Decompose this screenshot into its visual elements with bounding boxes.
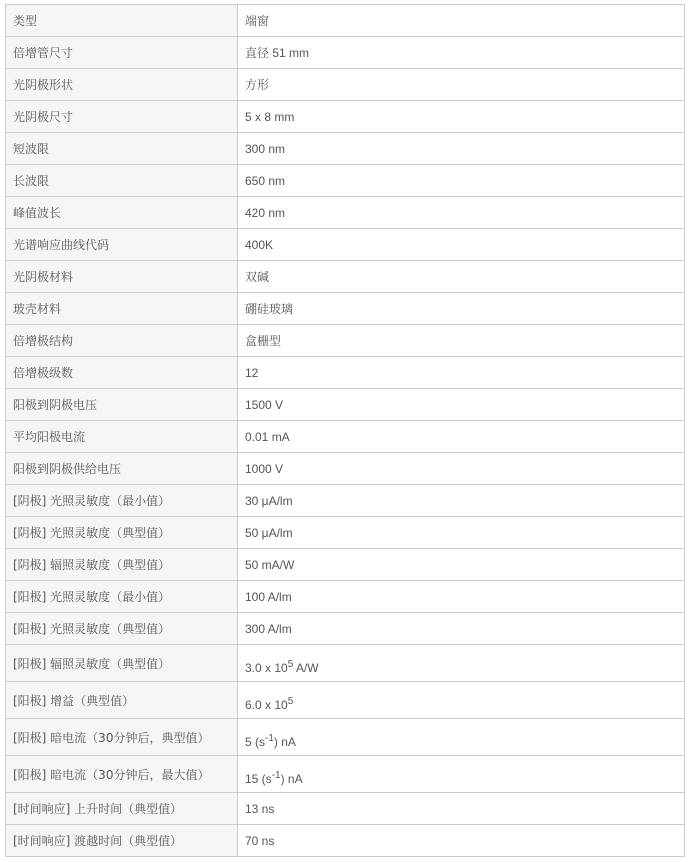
row-value: 3.0 x 105 A/W xyxy=(238,645,685,682)
table-row: [阴极] 光照灵敏度（最小值）30 μA/lm xyxy=(6,485,685,517)
value-exponent: -1 xyxy=(265,733,274,744)
table-row: [阳极] 暗电流（30分钟后，典型值）5 (s-1) nA xyxy=(6,719,685,756)
table-row: [阴极] 辐照灵敏度（典型值）50 mA/W xyxy=(6,549,685,581)
row-label: 倍增极级数 xyxy=(6,357,238,389)
row-value: 5 x 8 mm xyxy=(238,101,685,133)
row-value: 双碱 xyxy=(238,261,685,293)
row-label: 倍增管尺寸 xyxy=(6,37,238,69)
table-row: [阳极] 光照灵敏度（最小值）100 A/lm xyxy=(6,581,685,613)
row-label: [阳极] 暗电流（30分钟后，最大值） xyxy=(6,756,238,793)
value-exponent: 5 xyxy=(288,696,294,707)
row-value: 50 μA/lm xyxy=(238,517,685,549)
table-row: [时间响应] 渡越时间（典型值）70 ns xyxy=(6,825,685,857)
row-value: 300 A/lm xyxy=(238,613,685,645)
row-label: 长波限 xyxy=(6,165,238,197)
row-value: 100 A/lm xyxy=(238,581,685,613)
table-row: 阳极到阴极电压1500 V xyxy=(6,389,685,421)
value-base: 5 (s xyxy=(245,735,265,749)
row-label: 类型 xyxy=(6,5,238,37)
table-row: 阳极到阴极供给电压1000 V xyxy=(6,453,685,485)
row-label: 光阴极尺寸 xyxy=(6,101,238,133)
row-label: 光谱响应曲线代码 xyxy=(6,229,238,261)
table-row: 长波限650 nm xyxy=(6,165,685,197)
value-unit: ) nA xyxy=(281,772,303,786)
value-unit: A/W xyxy=(293,661,318,675)
row-value: 420 nm xyxy=(238,197,685,229)
table-row: 平均阳极电流0.01 mA xyxy=(6,421,685,453)
row-label: [阳极] 辐照灵敏度（典型值） xyxy=(6,645,238,682)
table-row: 玻壳材料硼硅玻璃 xyxy=(6,293,685,325)
row-value: 400K xyxy=(238,229,685,261)
row-label: 玻壳材料 xyxy=(6,293,238,325)
row-label: 倍增极结构 xyxy=(6,325,238,357)
row-value: 300 nm xyxy=(238,133,685,165)
table-row: 倍增管尺寸直径 51 mm xyxy=(6,37,685,69)
table-row: 光阴极形状方形 xyxy=(6,69,685,101)
row-label: [阳极] 光照灵敏度（最小值） xyxy=(6,581,238,613)
row-value: 1000 V xyxy=(238,453,685,485)
row-label: [阴极] 光照灵敏度（最小值） xyxy=(6,485,238,517)
table-row: 峰值波长420 nm xyxy=(6,197,685,229)
row-label: 阳极到阴极电压 xyxy=(6,389,238,421)
row-label: [时间响应] 渡越时间（典型值） xyxy=(6,825,238,857)
row-value: 5 (s-1) nA xyxy=(238,719,685,756)
row-value: 1500 V xyxy=(238,389,685,421)
row-value: 70 ns xyxy=(238,825,685,857)
spec-table: 类型端窗 倍增管尺寸直径 51 mm 光阴极形状方形 光阴极尺寸5 x 8 mm… xyxy=(5,4,685,857)
row-value: 硼硅玻璃 xyxy=(238,293,685,325)
row-label: [阳极] 暗电流（30分钟后，典型值） xyxy=(6,719,238,756)
value-exponent: -1 xyxy=(272,770,281,781)
table-row: 类型端窗 xyxy=(6,5,685,37)
row-value: 盒栅型 xyxy=(238,325,685,357)
row-value: 端窗 xyxy=(238,5,685,37)
table-row: 倍增极结构盒栅型 xyxy=(6,325,685,357)
table-row: [阴极] 光照灵敏度（典型值）50 μA/lm xyxy=(6,517,685,549)
row-label: 光阴极形状 xyxy=(6,69,238,101)
row-label: [时间响应] 上升时间（典型值） xyxy=(6,793,238,825)
value-base: 6.0 x 10 xyxy=(245,698,288,712)
row-label: 阳极到阴极供给电压 xyxy=(6,453,238,485)
row-label: 光阴极材料 xyxy=(6,261,238,293)
row-label: [阴极] 光照灵敏度（典型值） xyxy=(6,517,238,549)
row-value: 30 μA/lm xyxy=(238,485,685,517)
table-row: [时间响应] 上升时间（典型值）13 ns xyxy=(6,793,685,825)
table-row: 光阴极材料双碱 xyxy=(6,261,685,293)
row-value: 650 nm xyxy=(238,165,685,197)
row-value: 直径 51 mm xyxy=(238,37,685,69)
row-label: [阳极] 光照灵敏度（典型值） xyxy=(6,613,238,645)
row-value: 15 (s-1) nA xyxy=(238,756,685,793)
value-base: 15 (s xyxy=(245,772,272,786)
row-label: [阳极] 增益（典型值） xyxy=(6,682,238,719)
row-value: 50 mA/W xyxy=(238,549,685,581)
table-row: [阳极] 增益（典型值）6.0 x 105 xyxy=(6,682,685,719)
row-label: 短波限 xyxy=(6,133,238,165)
table-row: [阳极] 暗电流（30分钟后，最大值）15 (s-1) nA xyxy=(6,756,685,793)
row-label: [阴极] 辐照灵敏度（典型值） xyxy=(6,549,238,581)
table-row: 短波限300 nm xyxy=(6,133,685,165)
row-label: 平均阳极电流 xyxy=(6,421,238,453)
table-row: 倍增极级数12 xyxy=(6,357,685,389)
row-label: 峰值波长 xyxy=(6,197,238,229)
row-value: 13 ns xyxy=(238,793,685,825)
value-base: 3.0 x 10 xyxy=(245,661,288,675)
table-row: [阳极] 光照灵敏度（典型值）300 A/lm xyxy=(6,613,685,645)
row-value: 6.0 x 105 xyxy=(238,682,685,719)
row-value: 12 xyxy=(238,357,685,389)
table-row: 光阴极尺寸5 x 8 mm xyxy=(6,101,685,133)
value-unit: ) nA xyxy=(274,735,296,749)
table-row: 光谱响应曲线代码400K xyxy=(6,229,685,261)
table-row: [阳极] 辐照灵敏度（典型值）3.0 x 105 A/W xyxy=(6,645,685,682)
row-value: 方形 xyxy=(238,69,685,101)
row-value: 0.01 mA xyxy=(238,421,685,453)
